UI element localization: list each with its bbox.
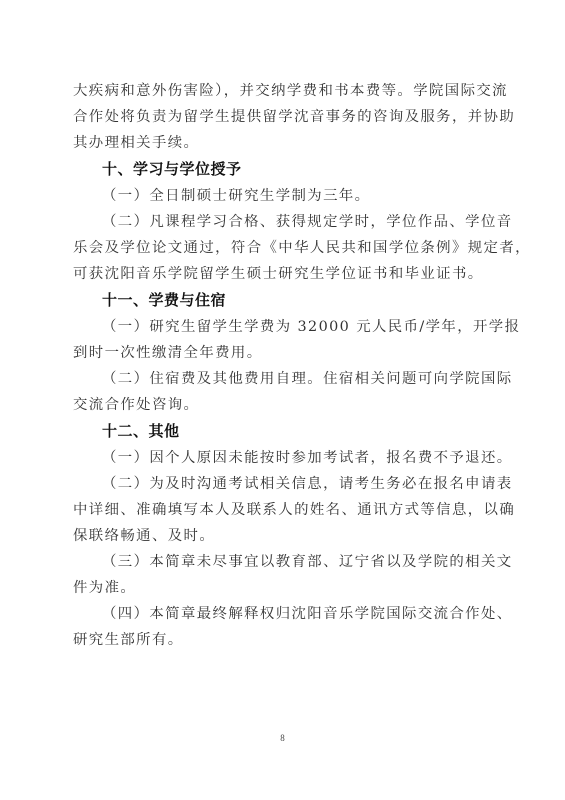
clause: （一）全日制硕士研究生学制为三年。 xyxy=(73,183,497,209)
paragraph-line: 其办理相关手续。 xyxy=(73,130,497,156)
clause: （二）住宿费及其他费用自理。住宿相关问题可向学院国际 交流合作处咨询。 xyxy=(73,366,497,418)
page-number: 8 xyxy=(0,733,565,743)
paragraph-line: 合作处将负责为留学生提供留学沈音事务的咨询及服务，并协助 xyxy=(73,104,497,130)
paragraph-line: （二）住宿费及其他费用自理。住宿相关问题可向学院国际 xyxy=(73,366,497,392)
clause: （二）凡课程学习合格、获得规定学时，学位作品、学位音 乐会及学位论文通过，符合《… xyxy=(73,209,497,287)
paragraph-line: （四）本简章最终解释权归沈阳音乐学院国际交流合作处、 xyxy=(73,601,497,627)
section-study-and-degree: 十、学习与学位授予 （一）全日制硕士研究生学制为三年。 （二）凡课程学习合格、获… xyxy=(73,156,497,287)
paragraph-line: 到时一次性缴清全年费用。 xyxy=(73,340,497,366)
paragraph-line: 交流合作处咨询。 xyxy=(73,392,497,418)
section-tuition-and-accommodation: 十一、学费与住宿 （一）研究生留学生学费为 32000 元人民币/学年，开学报 … xyxy=(73,287,497,418)
paragraph-line: （二）为及时沟通考试相关信息，请考生务必在报名申请表 xyxy=(73,471,497,497)
paragraph-line: 乐会及学位论文通过，符合《中华人民共和国学位条例》规定者， xyxy=(73,235,497,261)
paragraph-line: 研究生部所有。 xyxy=(73,627,497,653)
paragraph-line: （一）研究生留学生学费为 32000 元人民币/学年，开学报 xyxy=(73,314,497,340)
paragraph-line: 中详细、准确填写本人及联系人的姓名、通讯方式等信息，以确 xyxy=(73,497,497,523)
section-heading: 十一、学费与住宿 xyxy=(73,287,497,314)
section-heading: 十二、其他 xyxy=(73,418,497,445)
paragraph-line: （一）全日制硕士研究生学制为三年。 xyxy=(73,183,497,209)
clause: （二）为及时沟通考试相关信息，请考生务必在报名申请表 中详细、准确填写本人及联系… xyxy=(73,471,497,549)
clause: （三）本简章未尽事宜以教育部、辽宁省以及学院的相关文 件为准。 xyxy=(73,549,497,601)
document-page: 大疾病和意外伤害险），并交纳学费和书本费等。学院国际交流 合作处将负责为留学生提… xyxy=(0,0,565,800)
paragraph-line: 件为准。 xyxy=(73,575,497,601)
intro-paragraph: 大疾病和意外伤害险），并交纳学费和书本费等。学院国际交流 合作处将负责为留学生提… xyxy=(73,78,497,156)
page-body: 大疾病和意外伤害险），并交纳学费和书本费等。学院国际交流 合作处将负责为留学生提… xyxy=(73,78,497,653)
clause: （一）研究生留学生学费为 32000 元人民币/学年，开学报 到时一次性缴清全年… xyxy=(73,314,497,366)
paragraph-line: （二）凡课程学习合格、获得规定学时，学位作品、学位音 xyxy=(73,209,497,235)
paragraph-line: （一）因个人原因未能按时参加考试者，报名费不予退还。 xyxy=(73,445,497,471)
paragraph-line: 保联络畅通、及时。 xyxy=(73,523,497,549)
clause: （一）因个人原因未能按时参加考试者，报名费不予退还。 xyxy=(73,445,497,471)
section-other: 十二、其他 （一）因个人原因未能按时参加考试者，报名费不予退还。 （二）为及时沟… xyxy=(73,418,497,653)
paragraph-line: 可获沈阳音乐学院留学生硕士研究生学位证书和毕业证书。 xyxy=(73,261,497,287)
clause: （四）本简章最终解释权归沈阳音乐学院国际交流合作处、 研究生部所有。 xyxy=(73,601,497,653)
paragraph-line: （三）本简章未尽事宜以教育部、辽宁省以及学院的相关文 xyxy=(73,549,497,575)
section-heading: 十、学习与学位授予 xyxy=(73,156,497,183)
paragraph-line: 大疾病和意外伤害险），并交纳学费和书本费等。学院国际交流 xyxy=(73,78,497,104)
